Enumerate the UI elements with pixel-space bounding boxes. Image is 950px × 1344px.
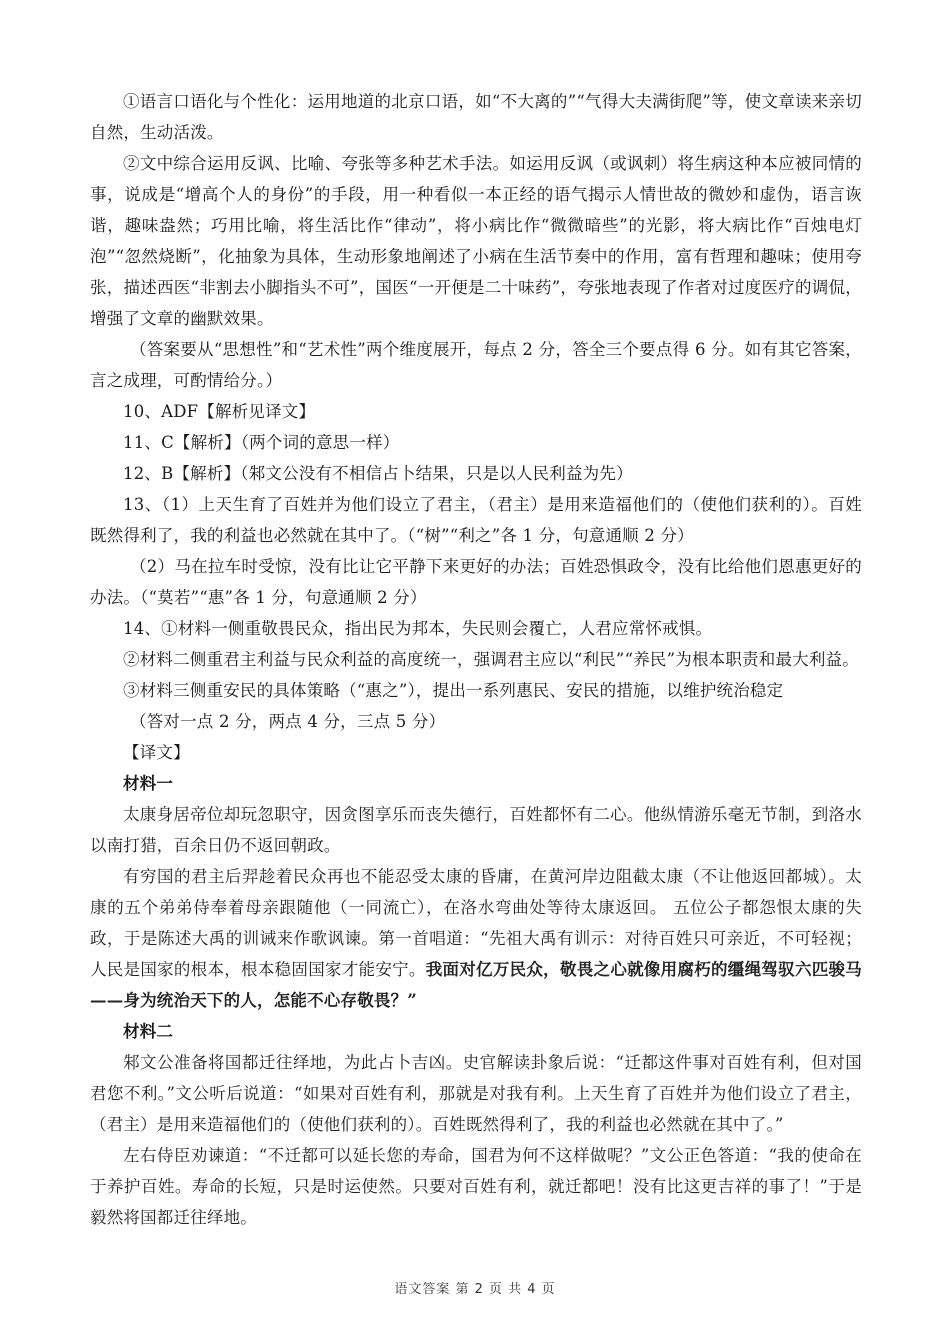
q9-point-1: ①语言口语化与个性化：运用地道的北京口语，如“不大离的”“气得大夫满街爬”等，使… bbox=[90, 86, 862, 148]
material-1-heading: 材料一 bbox=[90, 768, 862, 799]
q13-part-2: （2）马在拉车时受惊，没有比让它平静下来更好的办法；百姓恐惧政令，没有比给他们恩… bbox=[90, 551, 862, 613]
q13-part-1: 13、（1）上天生育了百姓并为他们设立了君主，（君主）是用来造福他们的（使他们获… bbox=[90, 489, 862, 551]
answer-page: ①语言口语化与个性化：运用地道的北京口语，如“不大离的”“气得大夫满街爬”等，使… bbox=[90, 86, 862, 1233]
q11-answer: 11、C【解析】（两个词的意思一样） bbox=[90, 427, 862, 458]
material-1-para-2: 有穷国的君主后羿趁着民众再也不能忍受太康的昏庸，在黄河岸边阻截太康（不让他返回都… bbox=[90, 861, 862, 1016]
q10-answer: 10、ADF【解析见译文】 bbox=[90, 396, 862, 427]
translation-title: 【译文】 bbox=[90, 737, 862, 768]
q14-point-2: ②材料二侧重君主利益与民众利益的高度统一，强调君主应以“利民”“养民”为根本职责… bbox=[90, 644, 862, 675]
material-2-para-1: 邾文公准备将国都迁往绎地，为此占卜吉凶。史官解读卦象后说：“迁都这件事对百姓有利… bbox=[90, 1047, 862, 1140]
q12-answer: 12、B【解析】（邾文公没有不相信占卜结果，只是以人民利益为先） bbox=[90, 458, 862, 489]
page-footer: 语文答案 第 2 页 共 4 页 bbox=[0, 1278, 950, 1297]
material-2-para-2: 左右侍臣劝谏道：“不迁都可以延长您的寿命，国君为何不这样做呢？”文公正色答道：“… bbox=[90, 1140, 862, 1233]
q9-scoring-note: （答案要从“思想性”和“艺术性”两个维度展开，每点 2 分，答全三个要点得 6 … bbox=[90, 334, 862, 396]
material-2-heading: 材料二 bbox=[90, 1016, 862, 1047]
q14-point-3: ③材料三侧重安民的具体策略（“惠之”），提出一系列惠民、安民的措施，以维护统治稳… bbox=[90, 675, 862, 706]
q9-point-2: ②文中综合运用反讽、比喻、夸张等多种艺术手法。如运用反讽（或讽刺）将生病这种本应… bbox=[90, 148, 862, 334]
material-1-para-1: 太康身居帝位却玩忽职守，因贪图享乐而丧失德行，百姓都怀有二心。他纵情游乐毫无节制… bbox=[90, 799, 862, 861]
q14-point-1: 14、①材料一侧重敬畏民众，指出民为邦本，失民则会覆亡，人君应常怀戒惧。 bbox=[90, 613, 862, 644]
q14-scoring-note: （答对一点 2 分，两点 4 分，三点 5 分） bbox=[90, 706, 862, 737]
